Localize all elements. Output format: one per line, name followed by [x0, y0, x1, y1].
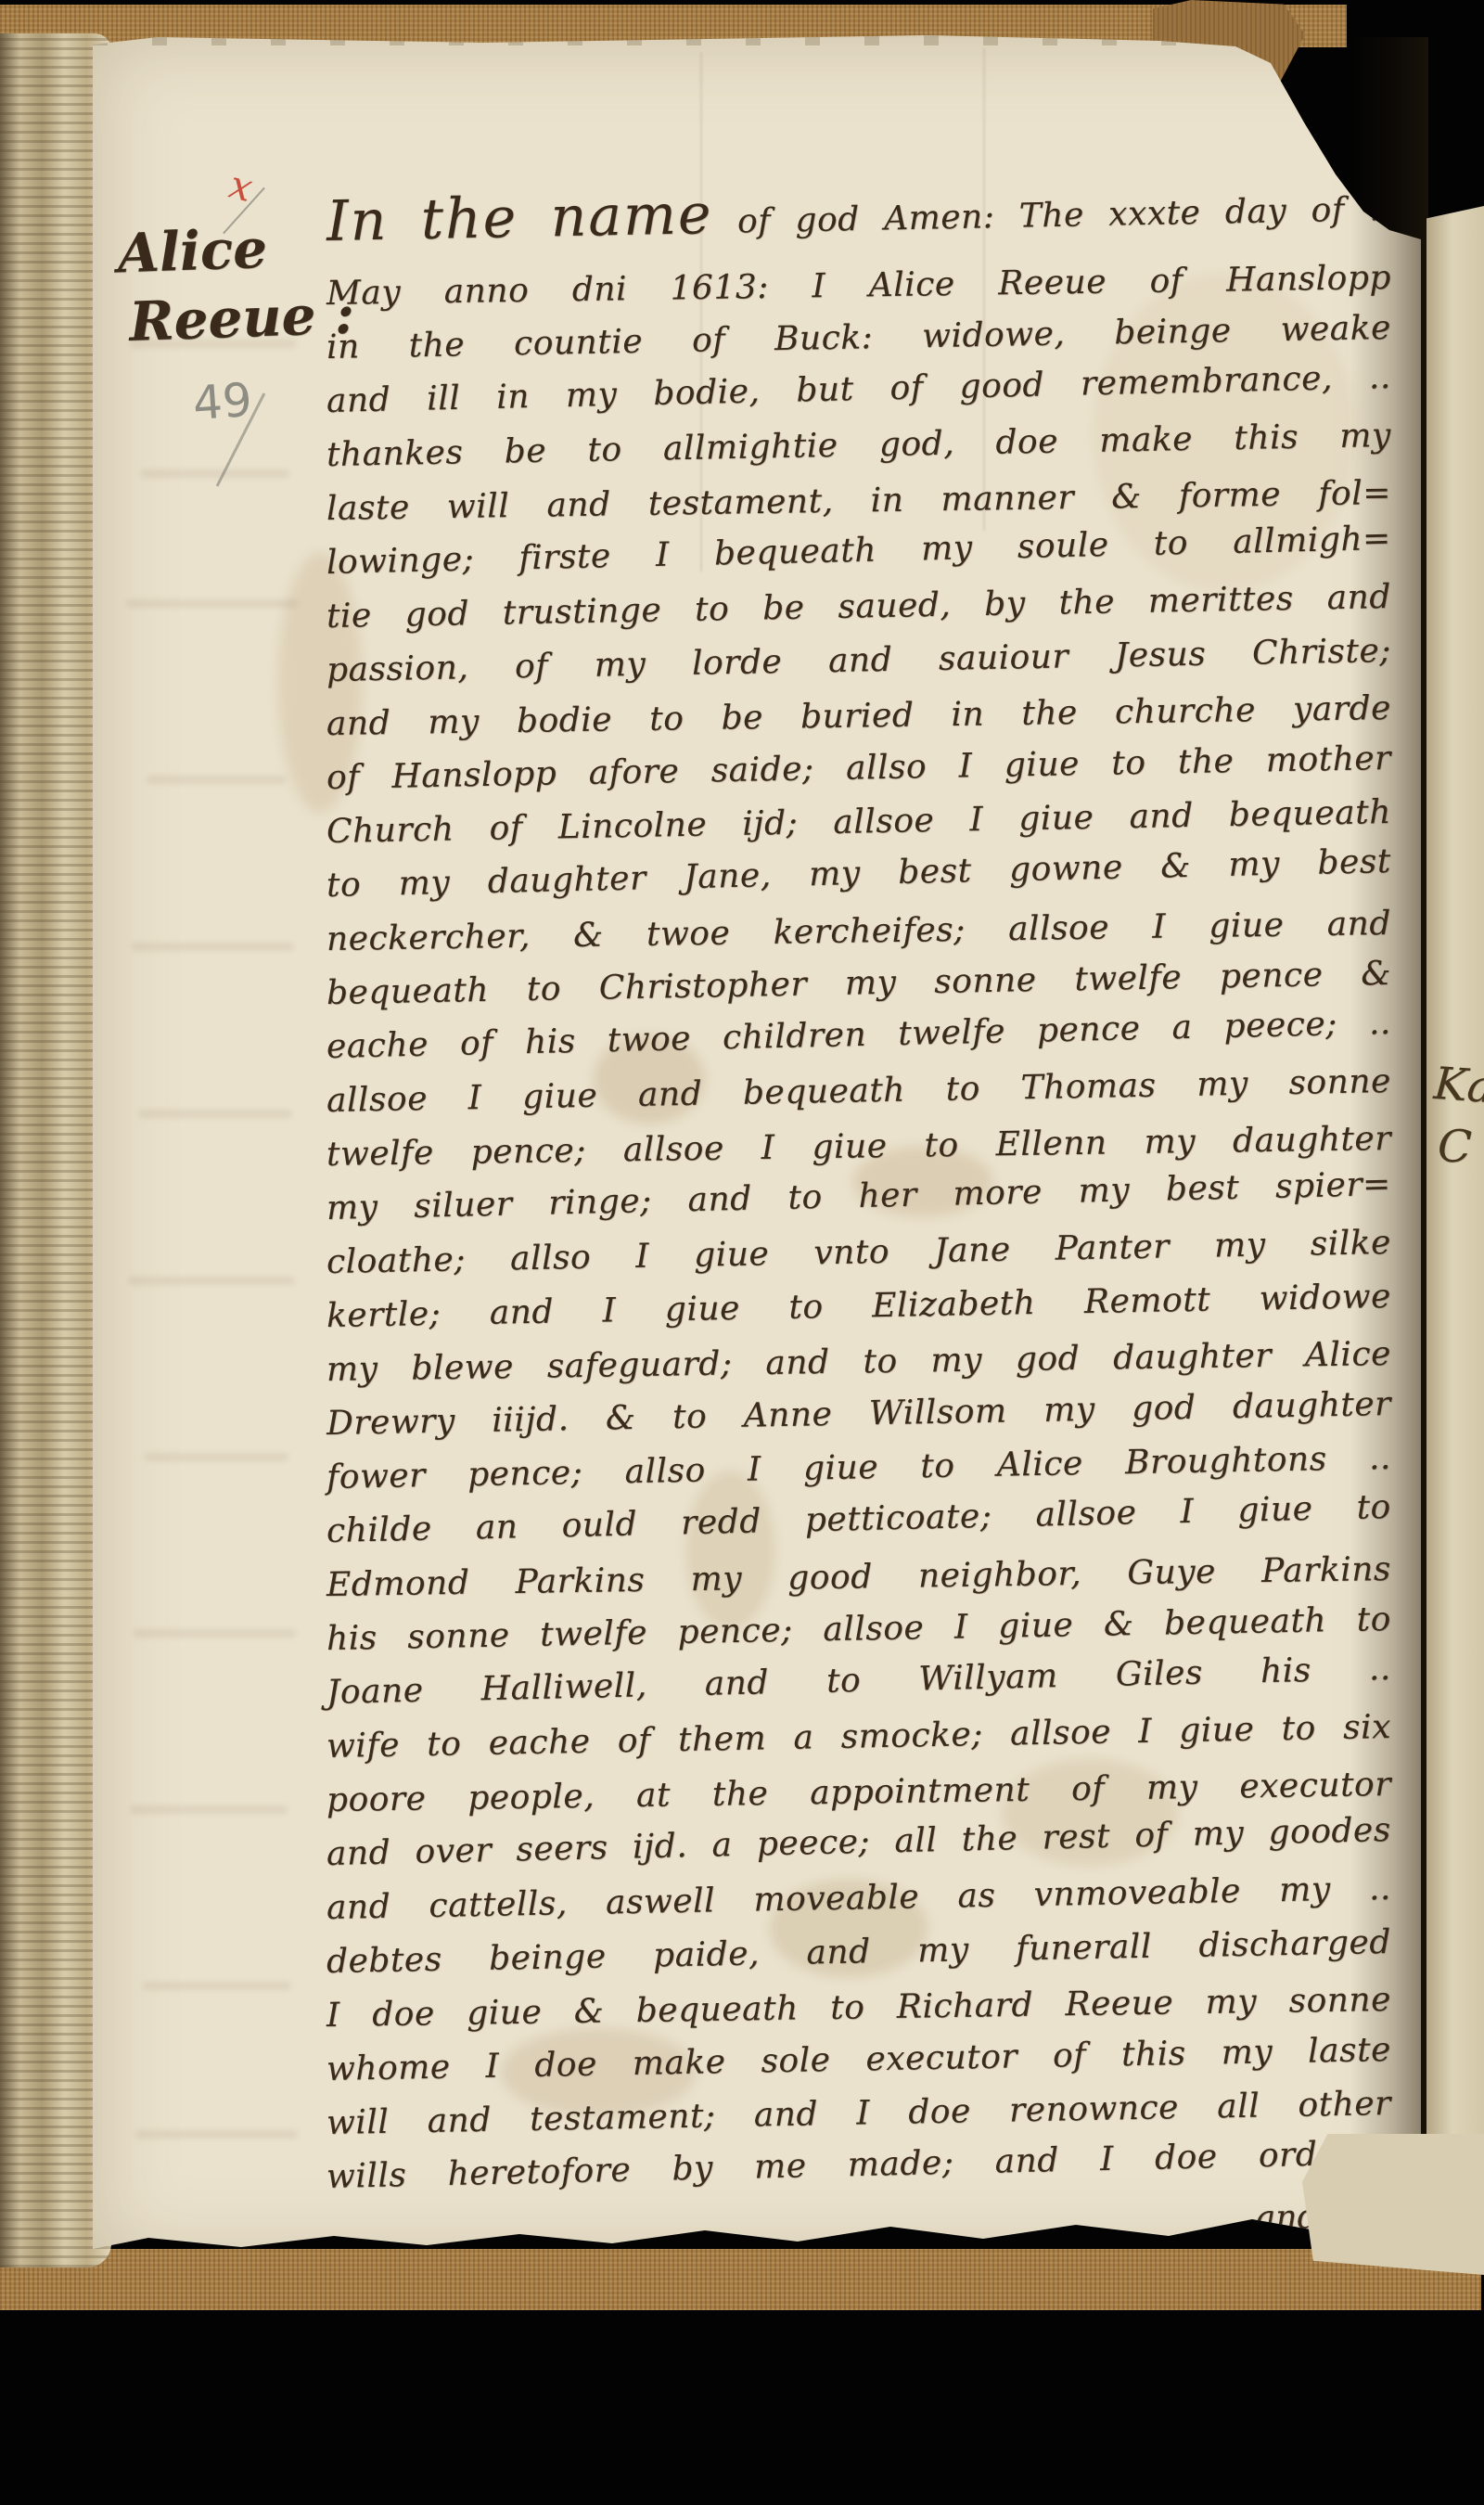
ink-show-through [135, 2130, 298, 2139]
ink-show-through [128, 1277, 295, 1285]
manuscript-line: In the name of god Amen: The xxxte day o… [326, 161, 1392, 267]
manuscript-lines: May anno dni 1613: I Alice Reeue of Hans… [326, 267, 1391, 2204]
margin-name-line1: Alice [116, 212, 352, 289]
facing-page-edge: Ka C [1426, 206, 1484, 2273]
manuscript-text-block: In the name of god Amen: The xxxte day o… [326, 182, 1391, 2251]
ink-show-through [145, 1453, 288, 1461]
ink-show-through [143, 1982, 291, 1990]
opening-line-rest: of god Amen: The xxxte day of .. [737, 190, 1392, 241]
ink-show-through [134, 1629, 296, 1638]
margin-name-line2: Reeue : [119, 280, 355, 357]
binding-cloth-bottom [0, 2249, 1481, 2310]
ink-show-through [126, 599, 298, 608]
facing-page-text-fragment: C [1437, 1120, 1473, 1173]
margin-testator-name: Alice Reeue : [116, 212, 355, 357]
ink-show-through [141, 469, 289, 478]
opening-words: In the name [326, 182, 713, 254]
ink-show-through [130, 1805, 288, 1814]
manuscript-page: x Alice Reeue : 49 In the name of god Am… [93, 33, 1421, 2266]
facing-page-bottom-corner [1302, 2134, 1484, 2275]
facing-page-text-fragment: Ka [1432, 1058, 1484, 1113]
ink-show-through [147, 776, 286, 784]
manuscript-photo: x Alice Reeue : 49 In the name of god Am… [0, 0, 1484, 2505]
ink-show-through [132, 943, 294, 951]
ink-show-through [139, 1110, 292, 1118]
folio-number: 49 [191, 373, 254, 430]
red-check-mark: x [224, 161, 257, 211]
gutter-shadow [1350, 37, 1428, 2264]
